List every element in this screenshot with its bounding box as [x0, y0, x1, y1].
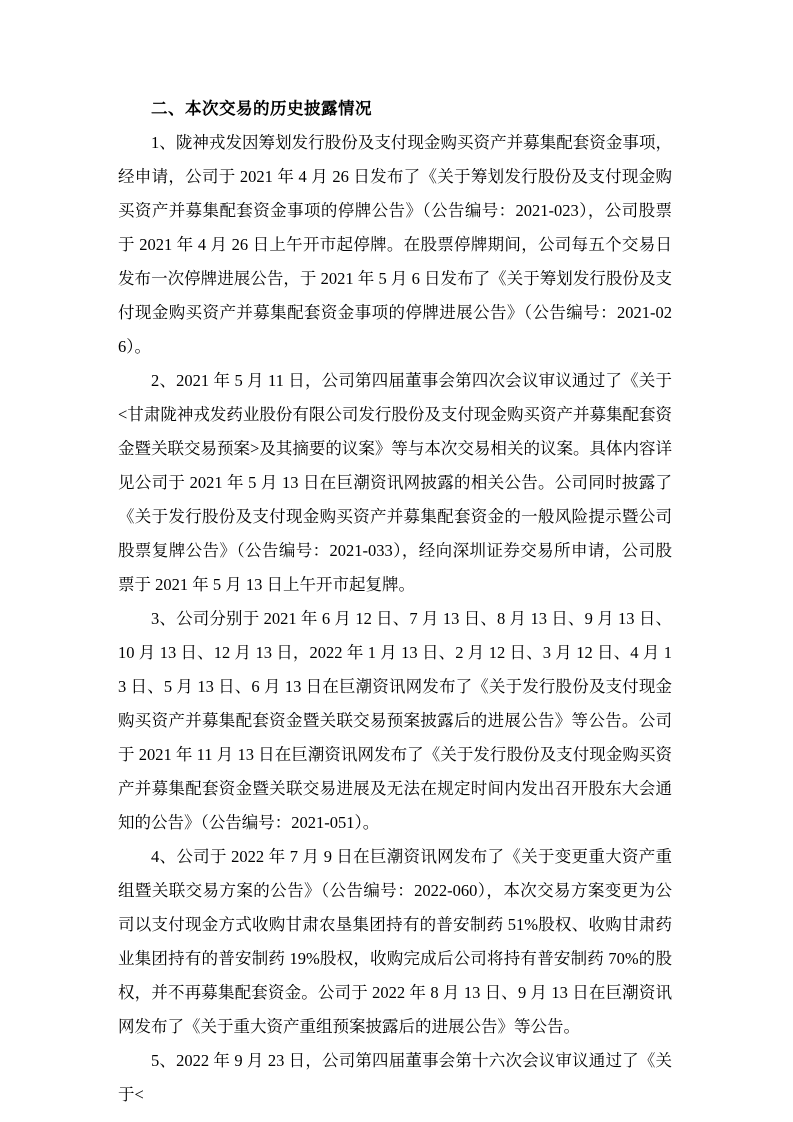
paragraph-history-1: 1、陇神戎发因筹划发行股份及支付现金购买资产并募集配套资金事项，经申请，公司于 … — [118, 126, 672, 364]
paragraph-history-2: 2、2021 年 5 月 11 日，公司第四届董事会第四次会议审议通过了《关于<… — [118, 364, 672, 602]
document-page: 二、本次交易的历史披露情况 1、陇神戎发因筹划发行股份及支付现金购买资产并募集配… — [0, 0, 793, 1122]
paragraph-history-5: 5、2022 年 9 月 23 日，公司第四届董事会第十六次会议审议通过了《关于… — [118, 1044, 672, 1112]
paragraph-history-3: 3、公司分别于 2021 年 6 月 12 日、7 月 13 日、8 月 13 … — [118, 602, 672, 840]
section-heading: 二、本次交易的历史披露情况 — [118, 92, 672, 126]
paragraph-history-4: 4、公司于 2022 年 7 月 9 日在巨潮资讯网发布了《关于变更重大资产重组… — [118, 840, 672, 1044]
